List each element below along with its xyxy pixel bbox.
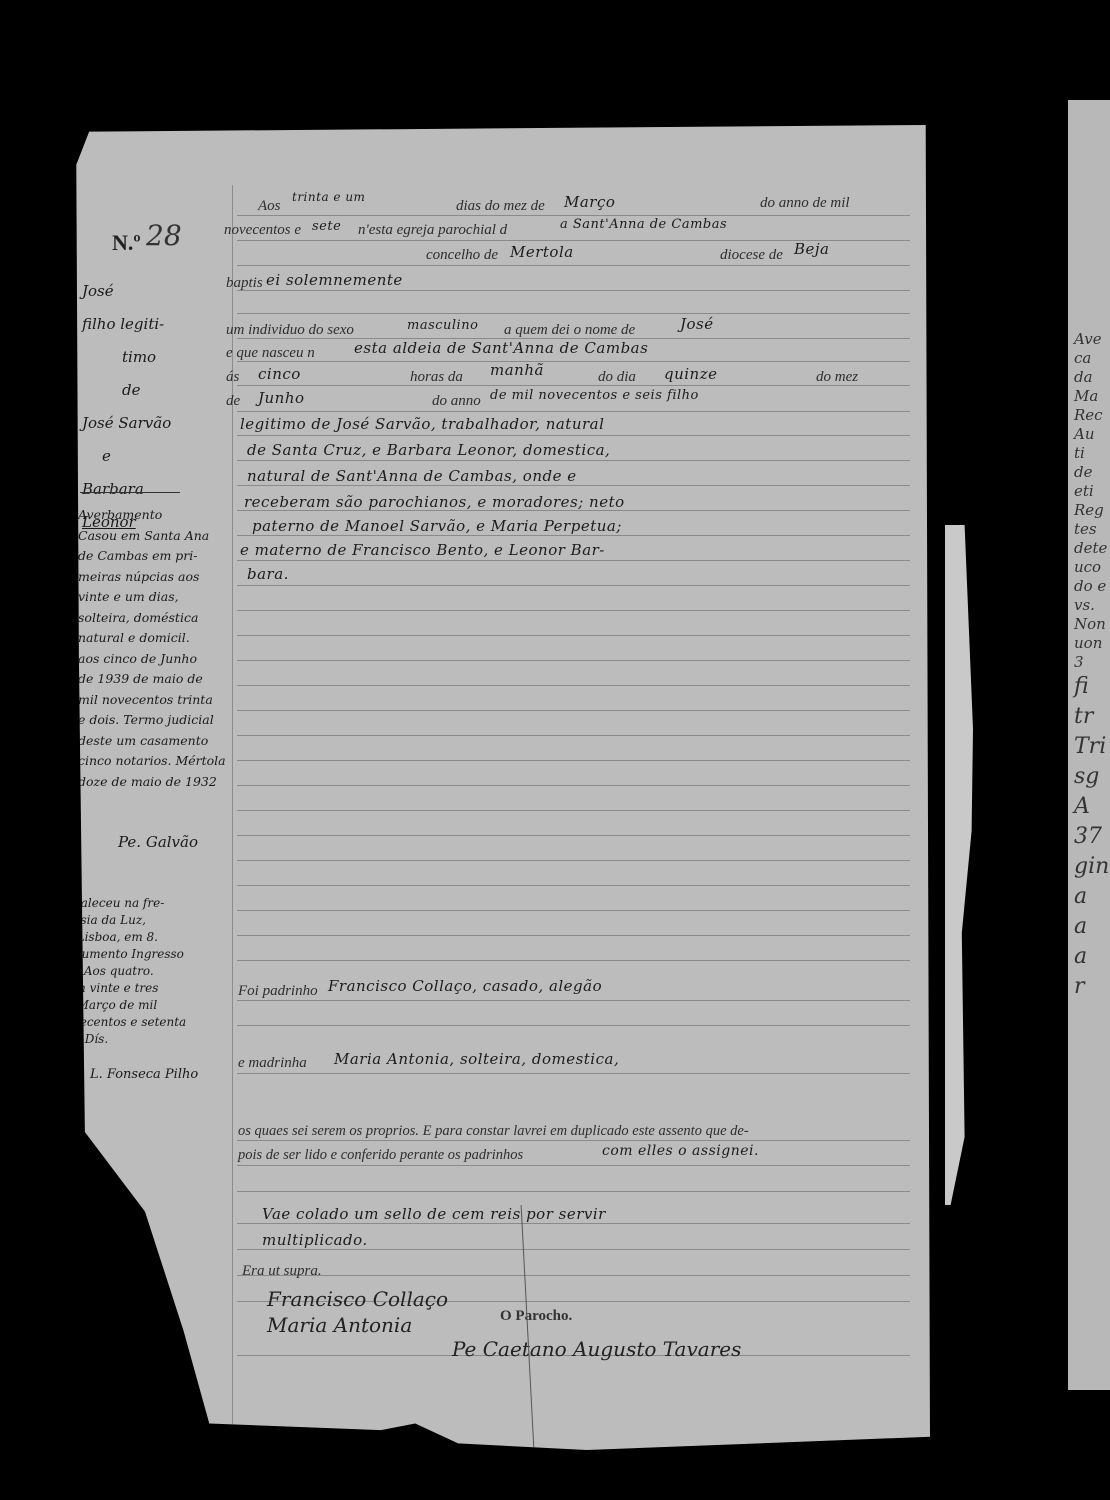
hw-month: Março	[564, 193, 615, 211]
hw-annotation: multiplicado.	[262, 1231, 368, 1249]
hw-day: trinta e um	[292, 190, 365, 204]
printed-closing-1: os quaes sei serem os proprios. E para c…	[238, 1123, 749, 1140]
printed-era-ut-supra: Era ut supra.	[242, 1263, 322, 1280]
printed-horas: horas da	[410, 369, 463, 386]
rule-line	[237, 685, 910, 686]
hw-annotation: Vae colado um sello de cem reis por serv…	[262, 1205, 606, 1223]
rule-line	[237, 835, 910, 836]
hw-body-line: paterno de Manoel Sarvão, e Maria Perpet…	[252, 517, 622, 535]
printed-do-anno: do anno	[432, 393, 481, 410]
rule-line	[237, 485, 910, 486]
margin-divider	[80, 492, 180, 493]
printed-dias: dias do mez de	[456, 198, 545, 215]
hw-concelho: Mertola	[510, 243, 574, 261]
rule-line	[237, 460, 910, 461]
hw-diocese: Beja	[794, 240, 830, 258]
rule-line	[237, 290, 910, 291]
hw-body-line: natural de Sant'Anna de Cambas, onde e	[247, 467, 577, 485]
record-number: 28	[146, 219, 182, 252]
margin-name-block: José filho legiti- timo de José Sarvão e…	[82, 275, 171, 539]
rule-line	[237, 215, 910, 216]
rule-line	[237, 1165, 910, 1166]
hw-godfather: Francisco Collaço, casado, alegão	[328, 977, 602, 995]
rule-line	[237, 1275, 910, 1276]
record-page: N.º 28 Aos trinta e um dias do mez de Ma…	[72, 125, 930, 1450]
rule-line	[237, 760, 910, 761]
printed-closing-2: pois de ser lido e conferido perante os …	[238, 1147, 523, 1164]
record-number-label: N.º	[112, 230, 141, 256]
hw-with-godparents: com elles o assignei.	[602, 1143, 759, 1159]
rule-line	[237, 560, 910, 561]
rule-line	[237, 1191, 910, 1192]
printed-sexo: um individuo do sexo	[226, 322, 354, 339]
rule-line	[237, 313, 910, 314]
hw-body-line: legitimo de José Sarvão, trabalhador, na…	[240, 415, 604, 433]
hw-body-line: receberam são parochianos, e moradores; …	[244, 493, 625, 511]
hw-body-line: bara.	[247, 565, 289, 583]
priest-signature: Pe Caetano Augusto Tavares	[452, 1337, 741, 1361]
hw-baptism-type: ei solemnemente	[266, 271, 403, 289]
rule-line	[237, 535, 910, 536]
hw-year: sete	[312, 219, 341, 234]
hw-body-line: de Santa Cruz, e Barbara Leonor, domesti…	[247, 441, 610, 459]
printed-mez: do mez	[816, 369, 858, 386]
printed-as: ás	[226, 369, 239, 386]
rule-line	[237, 810, 910, 811]
rule-line	[237, 960, 910, 961]
hw-name: José	[680, 315, 714, 333]
printed-padrinho: Foi padrinho	[238, 983, 318, 1000]
rule-line	[237, 1000, 910, 1001]
rule-line	[237, 785, 910, 786]
hw-godmother: Maria Antonia, solteira, domestica,	[334, 1050, 619, 1068]
rule-line	[237, 361, 910, 362]
margin-note-1: Averbamento Casou em Santa Ana de Cambas…	[78, 505, 226, 792]
rule-line	[237, 411, 910, 412]
hw-sex: masculino	[407, 318, 478, 333]
printed-de: de	[226, 393, 240, 410]
printed-novecentos: novecentos e	[224, 222, 301, 239]
rule-line	[237, 935, 910, 936]
printed-quem: a quem dei o nome de	[504, 322, 635, 339]
hw-period: manhã	[490, 361, 544, 379]
rule-line	[237, 860, 910, 861]
binding-tab	[945, 525, 973, 1205]
hw-birth-month: Junho	[258, 389, 305, 407]
printed-aos: Aos	[258, 198, 281, 215]
hw-birth-day: quinze	[664, 365, 718, 383]
rule-line	[237, 385, 910, 386]
printed-o-parocho: O Parocho.	[500, 1308, 572, 1325]
printed-dia: do dia	[598, 369, 636, 386]
rule-line	[237, 610, 910, 611]
rule-line	[237, 435, 910, 436]
hw-parish: a Sant'Anna de Cambas	[560, 217, 727, 232]
rule-line	[237, 735, 910, 736]
rule-line	[237, 885, 910, 886]
printed-madrinha: e madrinha	[238, 1055, 307, 1072]
margin-note-2: 2. Faleceu na fre- guesia da Luz, de Lis…	[58, 895, 186, 1048]
godfather-signature: Francisco Collaço	[267, 1287, 448, 1311]
rule-line	[237, 1249, 910, 1250]
printed-anno: do anno de mil	[760, 195, 850, 212]
rule-line	[237, 1140, 910, 1141]
rule-line	[237, 1073, 910, 1074]
adjacent-page-edge: Ave ca da Ma Rec Au ti de eti Reg tes de…	[1068, 100, 1110, 1390]
hw-body-line: e materno de Francisco Bento, e Leonor B…	[240, 541, 605, 559]
rule-line	[237, 265, 910, 266]
godmother-signature: Maria Antonia	[267, 1313, 412, 1337]
rule-line	[237, 585, 910, 586]
hw-birthplace: esta aldeia de Sant'Anna de Cambas	[354, 339, 648, 357]
rule-line	[237, 660, 910, 661]
margin-note-2-signature: L. Fonseca Pilho	[90, 1067, 198, 1082]
printed-nasceu: e que nasceu n	[226, 345, 315, 362]
rule-line	[237, 635, 910, 636]
rule-line	[237, 910, 910, 911]
printed-egreja: n'esta egreja parochial d	[358, 222, 507, 239]
printed-baptis: baptis	[226, 275, 263, 292]
rule-line	[237, 1025, 910, 1026]
rule-line	[237, 1223, 910, 1224]
adjacent-page-text: Ave ca da Ma Rec Au ti de eti Reg tes de…	[1068, 100, 1110, 1002]
rule-line	[237, 710, 910, 711]
margin-note-1-signature: Pe. Galvão	[118, 833, 198, 851]
printed-concelho: concelho de	[426, 247, 498, 264]
printed-diocese: diocese de	[720, 247, 783, 264]
hw-birth-year: de mil novecentos e seis filho	[490, 388, 699, 403]
hw-hour: cinco	[258, 365, 301, 383]
paper-crease	[521, 1205, 535, 1450]
